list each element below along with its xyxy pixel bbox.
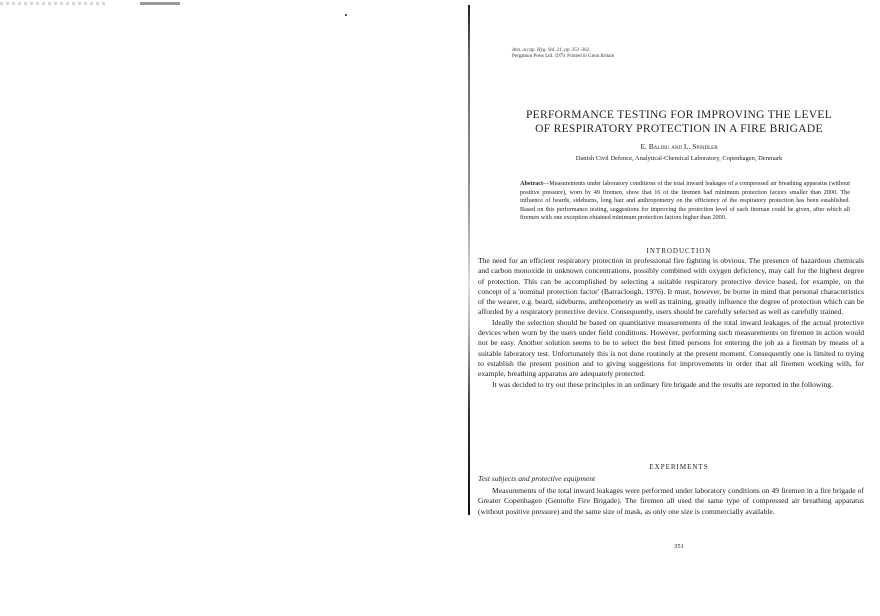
paper-title: PERFORMANCE TESTING FOR IMPROVING THE LE… (478, 108, 880, 136)
experiments-paragraph-1: Measurements of the total inward leakage… (478, 486, 864, 517)
scan-artifact (345, 14, 347, 16)
affiliation: Danish Civil Defence, Analytical-Chemica… (478, 155, 880, 162)
intro-paragraph-3: It was decided to try out these principl… (478, 380, 864, 390)
intro-paragraph-2: Ideally the selection should be based on… (478, 318, 864, 380)
section-heading-experiments: EXPERIMENTS (478, 463, 880, 471)
scan-artifact (140, 2, 180, 5)
right-page: Ann. occup. Hyg. Vol. 21, pp. 351–361. P… (478, 0, 880, 616)
journal-reference: Ann. occup. Hyg. Vol. 21, pp. 351–361. P… (512, 48, 614, 59)
experiments-body: Measurements of the total inward leakage… (478, 486, 864, 517)
scan-artifact (0, 2, 105, 5)
authors: E. Baldiu and L. Spindler (478, 142, 880, 151)
introduction-body: The need for an efficient respiratory pr… (478, 256, 864, 390)
title-line1: PERFORMANCE TESTING FOR IMPROVING THE LE… (478, 108, 880, 122)
section-heading-introduction: INTRODUCTION (478, 247, 880, 255)
page-number: 351 (478, 543, 880, 550)
intro-paragraph-1: The need for an efficient respiratory pr… (478, 256, 864, 318)
abstract: Abstract—Measurements under laboratory c… (520, 180, 850, 223)
journal-ref-line2: Pergamon Press Ltd. 1979. Printed in Gre… (512, 54, 614, 60)
abstract-text: —Measurements under laboratory condition… (520, 180, 850, 221)
title-line2: OF RESPIRATORY PROTECTION IN A FIRE BRIG… (478, 122, 880, 136)
subsection-heading: Test subjects and protective equipment (478, 474, 595, 483)
left-page-blank (0, 0, 440, 616)
abstract-label: Abstract (520, 180, 543, 187)
page-gutter (468, 5, 470, 515)
